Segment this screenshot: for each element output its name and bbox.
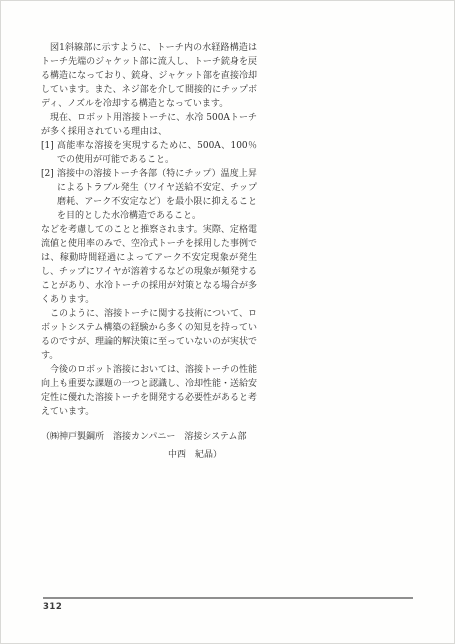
page-number: 312: [43, 602, 62, 612]
paragraph-knowledge-status: このように、溶接トーチに関する技術について、ロボットシステム構築の経験から多くの…: [41, 307, 257, 363]
document-page: 図1斜線部に示すように、トーチ内の水経路構造はトーチ先端のジャケット部に流入し、…: [0, 0, 455, 644]
paragraph-air-cooled-issues: などを考慮してのことと推察されます。実際、定格電流値と使用率のみで、空冷式トーチ…: [41, 223, 257, 307]
signature-block: （㈱神戸製鋼所 溶接カンパニー 溶接システム部 中西 紀晶）: [41, 428, 257, 464]
paragraph-future-development: 今後のロボット溶接においては、溶接トーチの性能向上も重要な課題の一つと認識し、冷…: [41, 363, 257, 419]
list-marker-1: [1]: [41, 139, 57, 167]
text-column: 図1斜線部に示すように、トーチ内の水経路構造はトーチ先端のジャケット部に流入し、…: [41, 41, 257, 464]
signature-author: 中西 紀晶）: [41, 446, 257, 464]
signature-affiliation: （㈱神戸製鋼所 溶接カンパニー 溶接システム部: [41, 428, 257, 446]
footer-divider: [43, 597, 413, 599]
list-marker-2: [2]: [41, 167, 57, 223]
paragraph-water-path-structure: 図1斜線部に示すように、トーチ内の水経路構造はトーチ先端のジャケット部に流入し、…: [41, 41, 257, 111]
list-text-2: 溶接中の溶接トーチ各部（特にチップ）温度上昇によるトラブル発生（ワイヤ送給不安定…: [57, 167, 257, 223]
list-text-1: 高能率な溶接を実現するために、500A、100％での使用が可能であること。: [57, 139, 257, 167]
list-item-2: [2] 溶接中の溶接トーチ各部（特にチップ）温度上昇によるトラブル発生（ワイヤ送…: [41, 167, 257, 223]
paragraph-adoption-reason-intro: 現在、ロボット用溶接トーチに、水冷 500Aトーチが多く採用されている理由は、: [41, 111, 257, 139]
list-item-1: [1] 高能率な溶接を実現するために、500A、100％での使用が可能であること…: [41, 139, 257, 167]
